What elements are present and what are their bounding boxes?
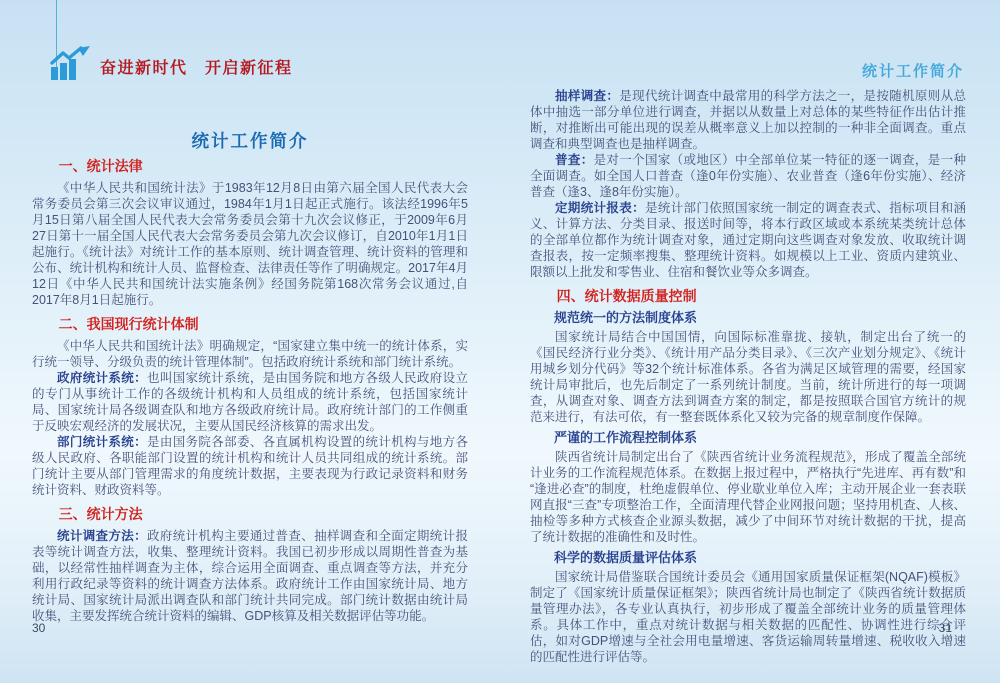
- book-spread: 奋进新时代 开启新征程 统计工作简介 一、统计法律 《中华人民共和国统计法》于1…: [0, 0, 1000, 683]
- paragraph-lead-survey-methods: 统计调查方法：: [57, 529, 147, 543]
- paragraph-lead-periodic-report: 定期统计报表：: [555, 201, 645, 215]
- paragraph-text: 政府统计机构主要通过普查、抽样调查和全面定期统计报表等统计调查方法，收集、整理统…: [32, 529, 468, 623]
- paragraph: 定期统计报表：是统计部门依照国家统一制定的调查表式、指标项目和涵义、计算方法、分…: [530, 200, 966, 280]
- page-right: 统计工作简介 抽样调查：是现代统计调查中最常用的科学方法之一，是按随机原则从总体…: [530, 0, 966, 683]
- paragraph: 陕西省统计局制定出台了《陕西省统计业务流程规范》，形成了覆盖全部统计业务的工作流…: [530, 449, 966, 545]
- paragraph: 国家统计局借鉴联合国统计委员会《通用国家质量保证框架(NQAF)模板》制定了《国…: [530, 569, 966, 665]
- paragraph: 《中华人民共和国统计法》于1983年12月8日由第六届全国人民代表大会常务委员会…: [32, 180, 468, 308]
- subsection-heading-workflow-control: 严谨的工作流程控制体系: [530, 430, 966, 446]
- subsection-heading-method-system: 规范统一的方法制度体系: [530, 310, 966, 326]
- running-header: 统计工作简介: [862, 60, 964, 81]
- bar-chart-arrow-logo-icon: [50, 46, 92, 80]
- slogan: 奋进新时代 开启新征程: [100, 55, 293, 78]
- paragraph: 国家统计局结合中国国情，向国际标准靠拢、接轨，制定出台了统一的《国民经济行业分类…: [530, 329, 966, 425]
- left-page-content: 一、统计法律 《中华人民共和国统计法》于1983年12月8日由第六届全国人民代表…: [32, 150, 468, 624]
- paragraph: 抽样调查：是现代统计调查中最常用的科学方法之一，是按随机原则从总体中抽选一部分单…: [530, 88, 966, 152]
- paragraph-lead-sampling-survey: 抽样调查：: [555, 89, 619, 103]
- paragraph-lead-government-system: 政府统计系统：: [57, 371, 147, 385]
- paragraph-text: 《中华人民共和国统计法》于1983年12月8日由第六届全国人民代表大会常务委员会…: [32, 181, 468, 307]
- paragraph: 政府统计系统：也叫国家统计系统，是由国务院和地方各级人民政府设立的专门从事统计工…: [32, 370, 468, 434]
- paragraph: 统计调查方法：政府统计机构主要通过普查、抽样调查和全面定期统计报表等统计调查方法…: [32, 528, 468, 624]
- section-heading-data-quality-control: 四、统计数据质量控制: [530, 287, 966, 305]
- section-heading-statistical-system: 二、我国现行统计体制: [32, 315, 468, 333]
- paragraph: 《中华人民共和国统计法》明确规定，“国家建立集中统一的统计体系，实行统一领导、分…: [32, 338, 468, 370]
- page-left: 奋进新时代 开启新征程 统计工作简介 一、统计法律 《中华人民共和国统计法》于1…: [32, 0, 468, 683]
- paragraph-text: 《中华人民共和国统计法》明确规定，“国家建立集中统一的统计体系，实行统一领导、分…: [32, 339, 468, 369]
- paragraph-lead-department-system: 部门统计系统：: [57, 435, 147, 449]
- page-number-left: 30: [32, 621, 45, 635]
- paragraph-text: 是对一个国家（或地区）中全部单位某一特征的逐一调查，是一种全面调查。如全国人口普…: [530, 153, 966, 199]
- right-page-content: 抽样调查：是现代统计调查中最常用的科学方法之一，是按随机原则从总体中抽选一部分单…: [530, 88, 966, 665]
- paragraph-lead-census: 普查：: [555, 153, 594, 167]
- section-heading-statistics-law: 一、统计法律: [32, 157, 468, 175]
- paragraph: 普查：是对一个国家（或地区）中全部单位某一特征的逐一调查，是一种全面调查。如全国…: [530, 152, 966, 200]
- section-heading-statistical-methods: 三、统计方法: [32, 505, 468, 523]
- paragraph: 部门统计系统：是由国务院各部委、各直属机构设置的统计机构与地方各级人民政府、各职…: [32, 434, 468, 498]
- subsection-heading-quality-assessment: 科学的数据质量评估体系: [530, 550, 966, 566]
- page-number-right: 31: [939, 621, 952, 635]
